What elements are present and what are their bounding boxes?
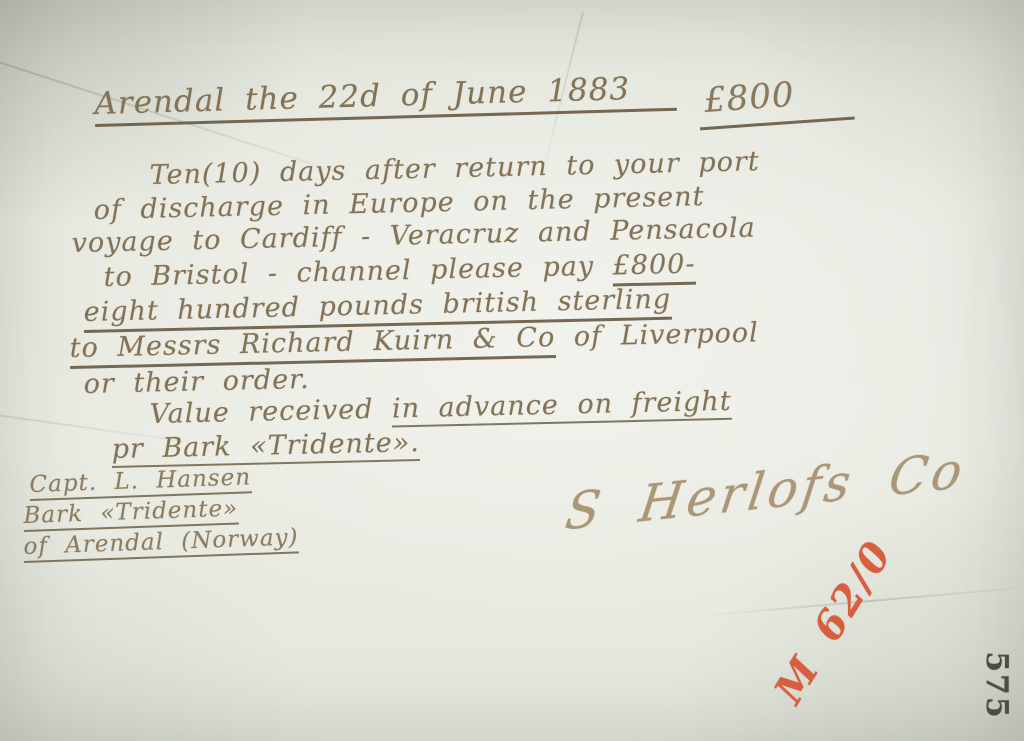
attribution-vessel-text: Bark «Tridente» (23, 496, 239, 532)
body-line-4-amount: £800- (612, 249, 696, 287)
attribution-captain: Capt. L. Hansen (29, 464, 251, 498)
body-line-9-text: pr Bark «Tridente». (111, 427, 420, 468)
body-line-8-underlined: in advance on freight (392, 386, 732, 428)
body-line-9: pr Bark «Tridente». (111, 427, 420, 465)
attribution-vessel: Bark «Tridente» (23, 496, 238, 529)
body-line-8-text: Value received (149, 394, 392, 430)
dateline-text: Arendal the 22d of June 1883 (94, 70, 677, 127)
body-line-6-rest: of Liverpool (555, 317, 759, 353)
amount-figure: £800 (697, 71, 854, 122)
body-line-7: or their order. (83, 364, 310, 400)
signature: S Herlofs Co (562, 440, 970, 541)
amount-text: £800 (697, 71, 855, 131)
document-paper: Arendal the 22d of June 1883 £800 Ten(10… (0, 0, 1024, 741)
dateline: Arendal the 22d of June 1883 (94, 70, 677, 122)
red-annotation: M 62/0 (765, 531, 902, 711)
folio-number: 575 (979, 651, 1014, 720)
